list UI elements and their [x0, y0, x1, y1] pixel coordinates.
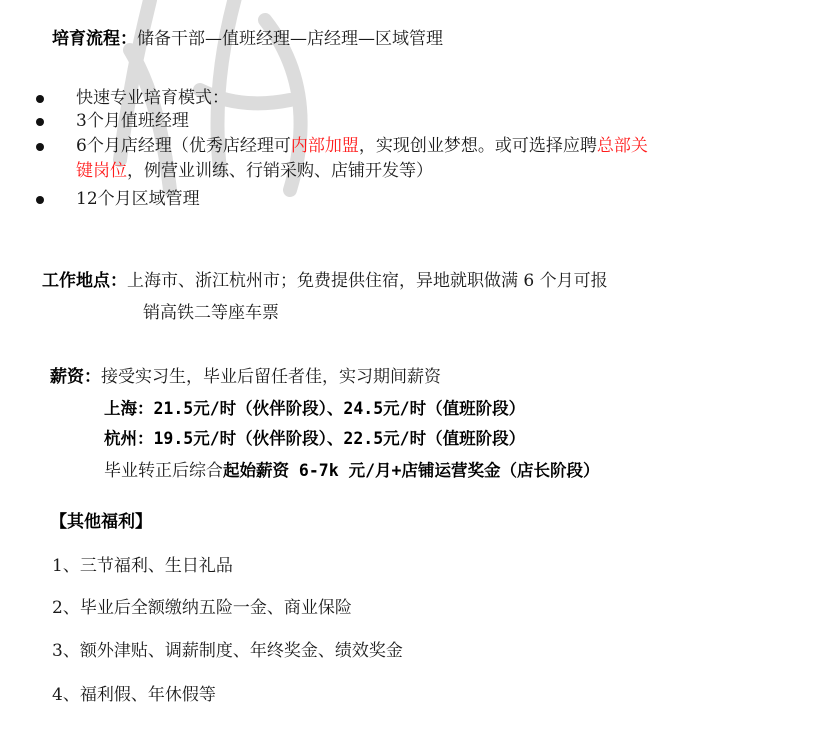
- benefit-item: 4、福利假、年休假等: [52, 684, 216, 706]
- salary-shanghai: 上海：21.5元/时（伙伴阶段）、24.5元/时（值班阶段）: [104, 398, 525, 420]
- highlight-hq-key-position: 键岗位: [76, 161, 127, 181]
- bullet-icon: [36, 118, 44, 126]
- bullet-item: 快速专业培育模式：: [76, 87, 229, 109]
- bullet-text: ，例营业训练、行销采购、店铺开发等）: [127, 161, 433, 181]
- bullet-icon: [36, 143, 44, 151]
- salary-hangzhou: 杭州：19.5元/时（伙伴阶段）、22.5元/时（值班阶段）: [104, 428, 525, 450]
- benefit-item: 3、额外津贴、调薪制度、年终奖金、绩效奖金: [52, 640, 403, 662]
- training-path: 储备干部—值班经理—店经理—区域管理: [137, 29, 443, 49]
- bullet-text: ，实现创业梦想。或可选择应聘: [359, 136, 597, 156]
- benefits-title: 【其他福利】: [50, 511, 152, 533]
- location-label: 工作地点：: [42, 271, 127, 291]
- salary-intro: 接受实习生，毕业后留任者佳，实习期间薪资: [101, 367, 441, 387]
- training-path-line: 培育流程：储备干部—值班经理—店经理—区域管理: [52, 28, 443, 50]
- bullet-item: 3个月值班经理: [76, 110, 189, 132]
- location-line-2: 销高铁二等座车票: [143, 302, 279, 324]
- bullet-item-continuation: 键岗位，例营业训练、行销采购、店铺开发等）: [76, 160, 433, 182]
- bullet-text: 6个月店经理（优秀店经理可: [76, 136, 291, 156]
- salary-intro-line: 薪资：接受实习生，毕业后留任者佳，实习期间薪资: [50, 366, 441, 388]
- salary-graduate-line: 毕业转正后综合起始薪资 6-7k 元/月+店铺运营奖金（店长阶段）: [104, 460, 599, 482]
- location-text: 上海市、浙江杭州市；免费提供住宿，异地就职做满 6 个月可报: [127, 271, 608, 291]
- bullet-item: 6个月店经理（优秀店经理可内部加盟，实现创业梦想。或可选择应聘总部关: [76, 135, 648, 157]
- training-label: 培育流程：: [52, 29, 137, 49]
- highlight-internal-franchise: 内部加盟: [291, 136, 359, 156]
- bullet-icon: [36, 95, 44, 103]
- location-line: 工作地点：上海市、浙江杭州市；免费提供住宿，异地就职做满 6 个月可报: [42, 270, 608, 292]
- benefit-item: 2、毕业后全额缴纳五险一金、商业保险: [52, 597, 352, 619]
- bullet-item: 12个月区域管理: [76, 188, 200, 210]
- salary-graduate-text: 毕业转正后综合: [104, 461, 223, 481]
- highlight-hq-key-position: 总部关: [597, 136, 648, 156]
- salary-graduate-bold: 起始薪资 6-7k 元/月+店铺运营奖金（店长阶段）: [223, 461, 599, 480]
- bullet-icon: [36, 196, 44, 204]
- salary-label: 薪资：: [50, 367, 101, 387]
- benefit-item: 1、三节福利、生日礼品: [52, 555, 233, 577]
